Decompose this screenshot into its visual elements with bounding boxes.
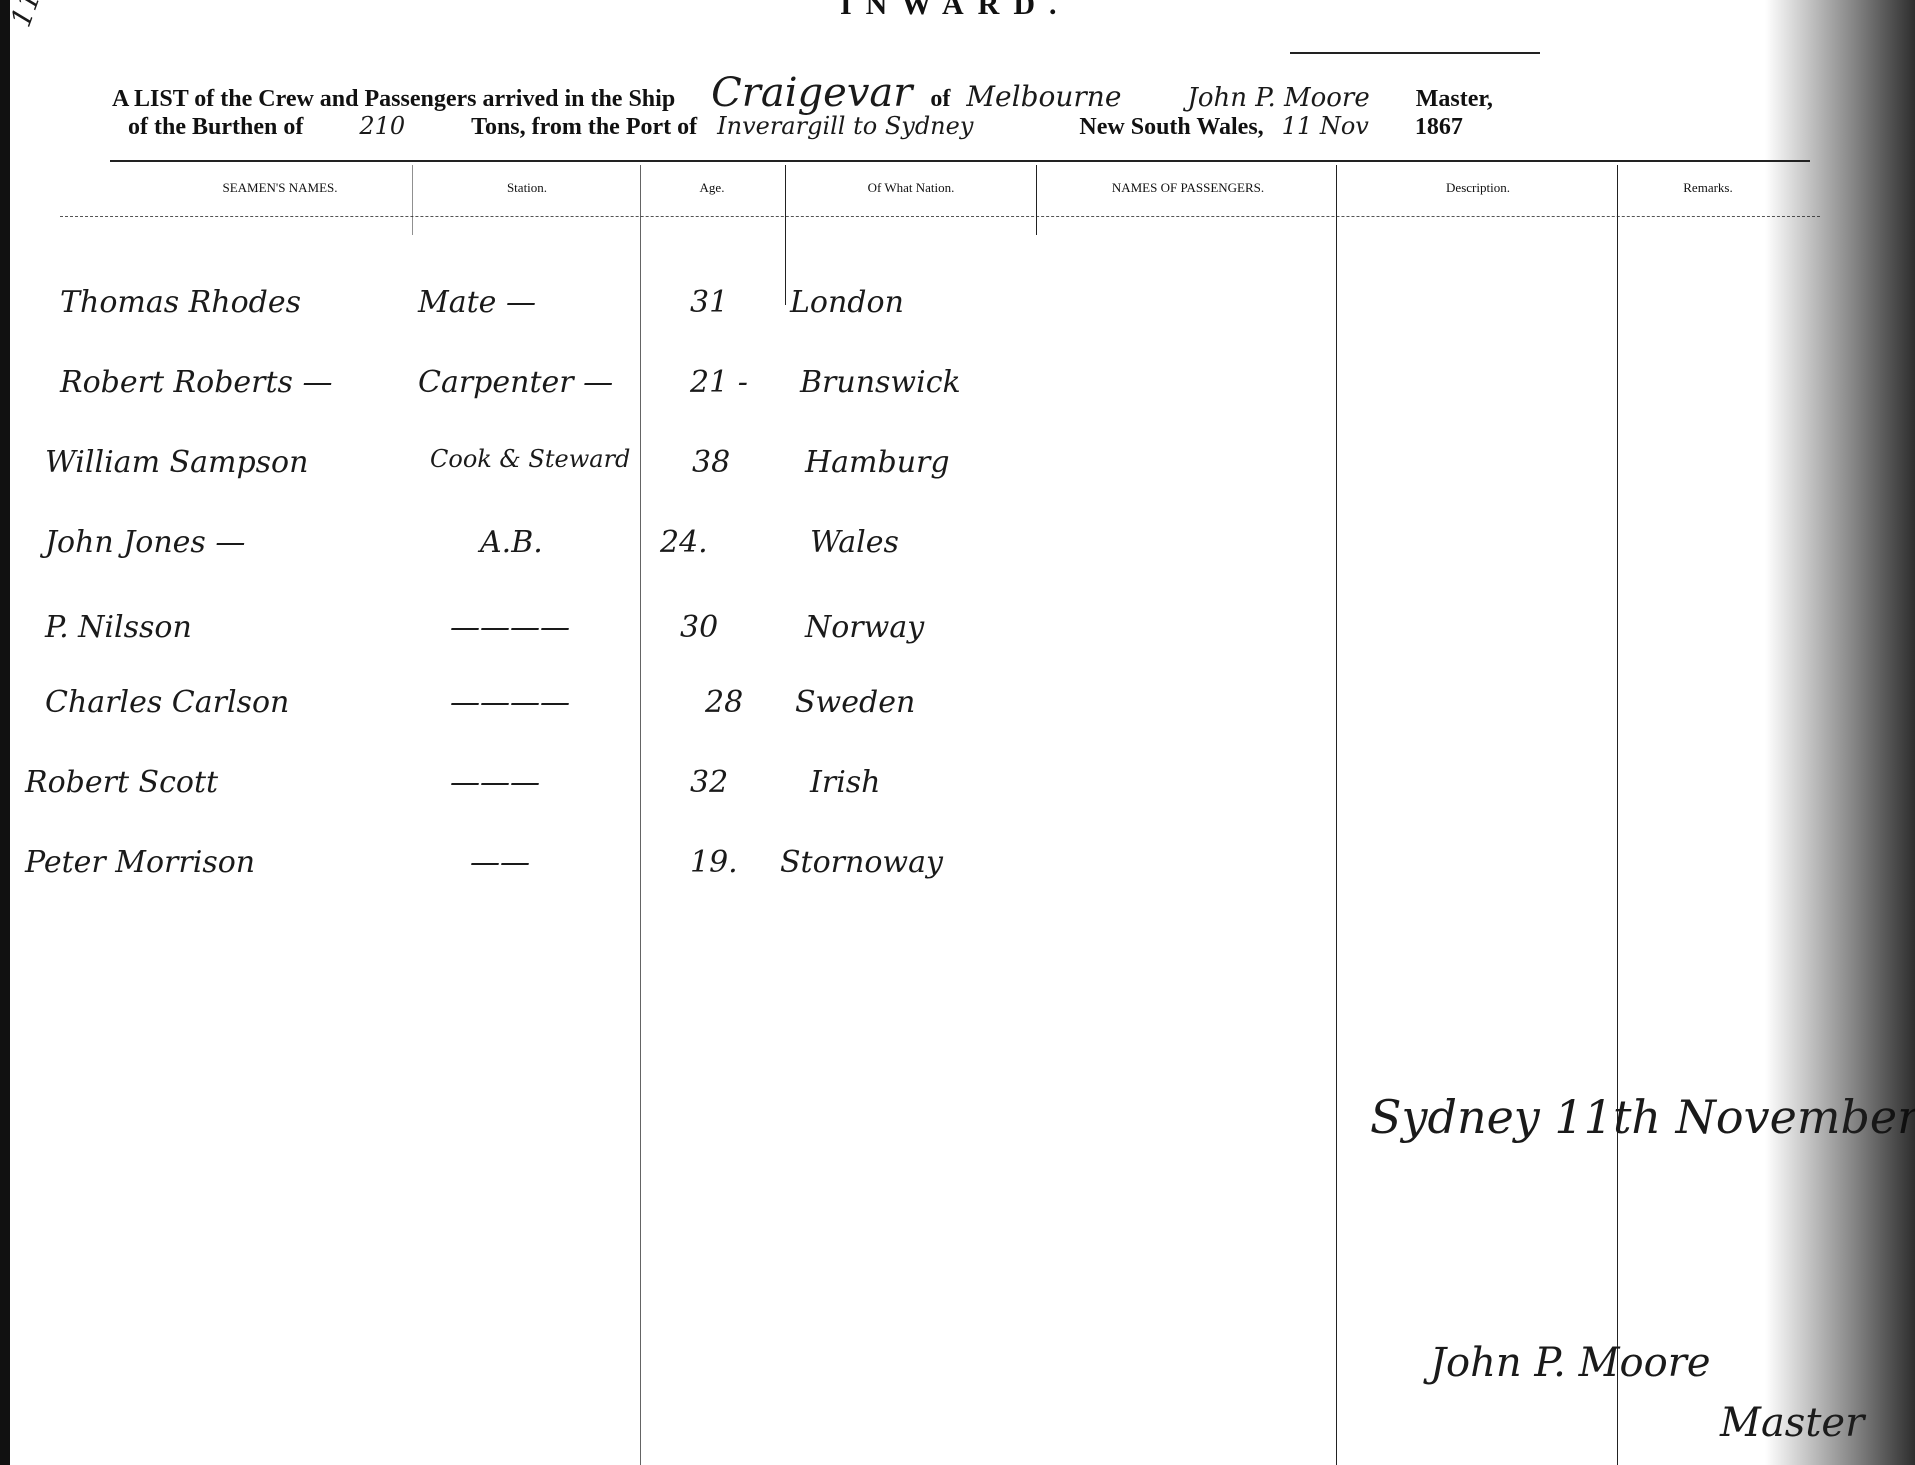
route: Inverargill to Sydney: [717, 112, 973, 140]
col-seamens-names: SEAMEN'S NAMES.: [140, 180, 420, 196]
seaman-station: ————: [450, 610, 570, 645]
seaman-name: Thomas Rhodes: [60, 285, 301, 320]
seaman-station: ———: [450, 765, 540, 800]
destination-label: New South Wales,: [1079, 114, 1263, 140]
seaman-nation: Brunswick: [800, 365, 961, 400]
seaman-name: Robert Roberts —: [60, 365, 332, 400]
tons-label: Tons, from the Port of: [471, 114, 697, 140]
margin-note: 11-12-1867: [4, 0, 90, 31]
burthen-label: of the Burthen of: [128, 114, 303, 140]
col-description: Description.: [1338, 180, 1618, 196]
seaman-nation: Wales: [810, 525, 899, 560]
arrival-date: 11 Nov: [1282, 112, 1369, 140]
seaman-age: 28: [705, 685, 743, 720]
scan-right-edge: [1765, 0, 1915, 1465]
divider: [785, 165, 786, 305]
divider: [412, 165, 413, 235]
scan-left-edge: [0, 0, 10, 1465]
port-of-registry: Melbourne: [966, 80, 1121, 113]
seaman-nation: Norway: [805, 610, 924, 645]
seaman-name: Charles Carlson: [45, 685, 289, 720]
column-header-rule: [60, 216, 1820, 218]
seaman-name: Peter Morrison: [25, 845, 255, 880]
col-station: Station.: [412, 180, 642, 196]
burthen-tons: 210: [359, 112, 405, 140]
seaman-age: 19.: [690, 845, 738, 880]
seaman-nation: Irish: [810, 765, 881, 800]
seaman-age: 31: [690, 285, 728, 320]
divider: [1336, 165, 1337, 1465]
seaman-nation: Sweden: [795, 685, 915, 720]
seaman-station: Carpenter —: [418, 365, 613, 400]
of-label: of: [930, 86, 950, 112]
divider: [1617, 165, 1618, 1465]
seaman-station: A.B.: [480, 525, 543, 560]
col-age: Age.: [642, 180, 782, 196]
master-name: John P. Moore: [1187, 83, 1369, 113]
header-line-2: of the Burthen of 210 Tons, from the Por…: [128, 112, 1463, 141]
col-passenger-names: NAMES OF PASSENGERS.: [1038, 180, 1338, 196]
divider: [640, 165, 641, 1465]
ship-name: Craigevar: [711, 70, 912, 116]
seaman-age: 38: [692, 445, 730, 480]
master-label: Master,: [1416, 86, 1493, 112]
col-nation: Of What Nation.: [786, 180, 1036, 196]
seaman-nation: Hamburg: [805, 445, 950, 480]
seaman-age: 21 -: [690, 365, 748, 400]
seaman-nation: London: [790, 285, 904, 320]
seaman-station: ————: [450, 685, 570, 720]
seaman-station: ——: [470, 845, 530, 880]
seaman-name: John Jones —: [45, 525, 245, 560]
seaman-age: 30: [680, 610, 718, 645]
seaman-age: 24.: [660, 525, 708, 560]
seaman-station: Mate —: [418, 285, 536, 320]
header-line-1: A LIST of the Crew and Passengers arrive…: [112, 70, 1493, 116]
line1-prefix: A LIST of the Crew and Passengers arrive…: [112, 86, 675, 112]
document-title: INWARD.: [840, 0, 1071, 22]
seaman-name: William Sampson: [45, 445, 308, 480]
seaman-name: P. Nilsson: [45, 610, 192, 645]
arrival-year: 1867: [1415, 114, 1463, 140]
header-rule: [110, 160, 1810, 162]
seaman-nation: Stornoway: [780, 845, 943, 880]
title-rule: [1290, 52, 1540, 54]
divider: [1036, 165, 1037, 235]
master-signature: John P. Moore: [1430, 1340, 1711, 1386]
seaman-name: Robert Scott: [25, 765, 218, 800]
seaman-age: 32: [690, 765, 728, 800]
seaman-station: Cook & Steward: [430, 445, 630, 473]
